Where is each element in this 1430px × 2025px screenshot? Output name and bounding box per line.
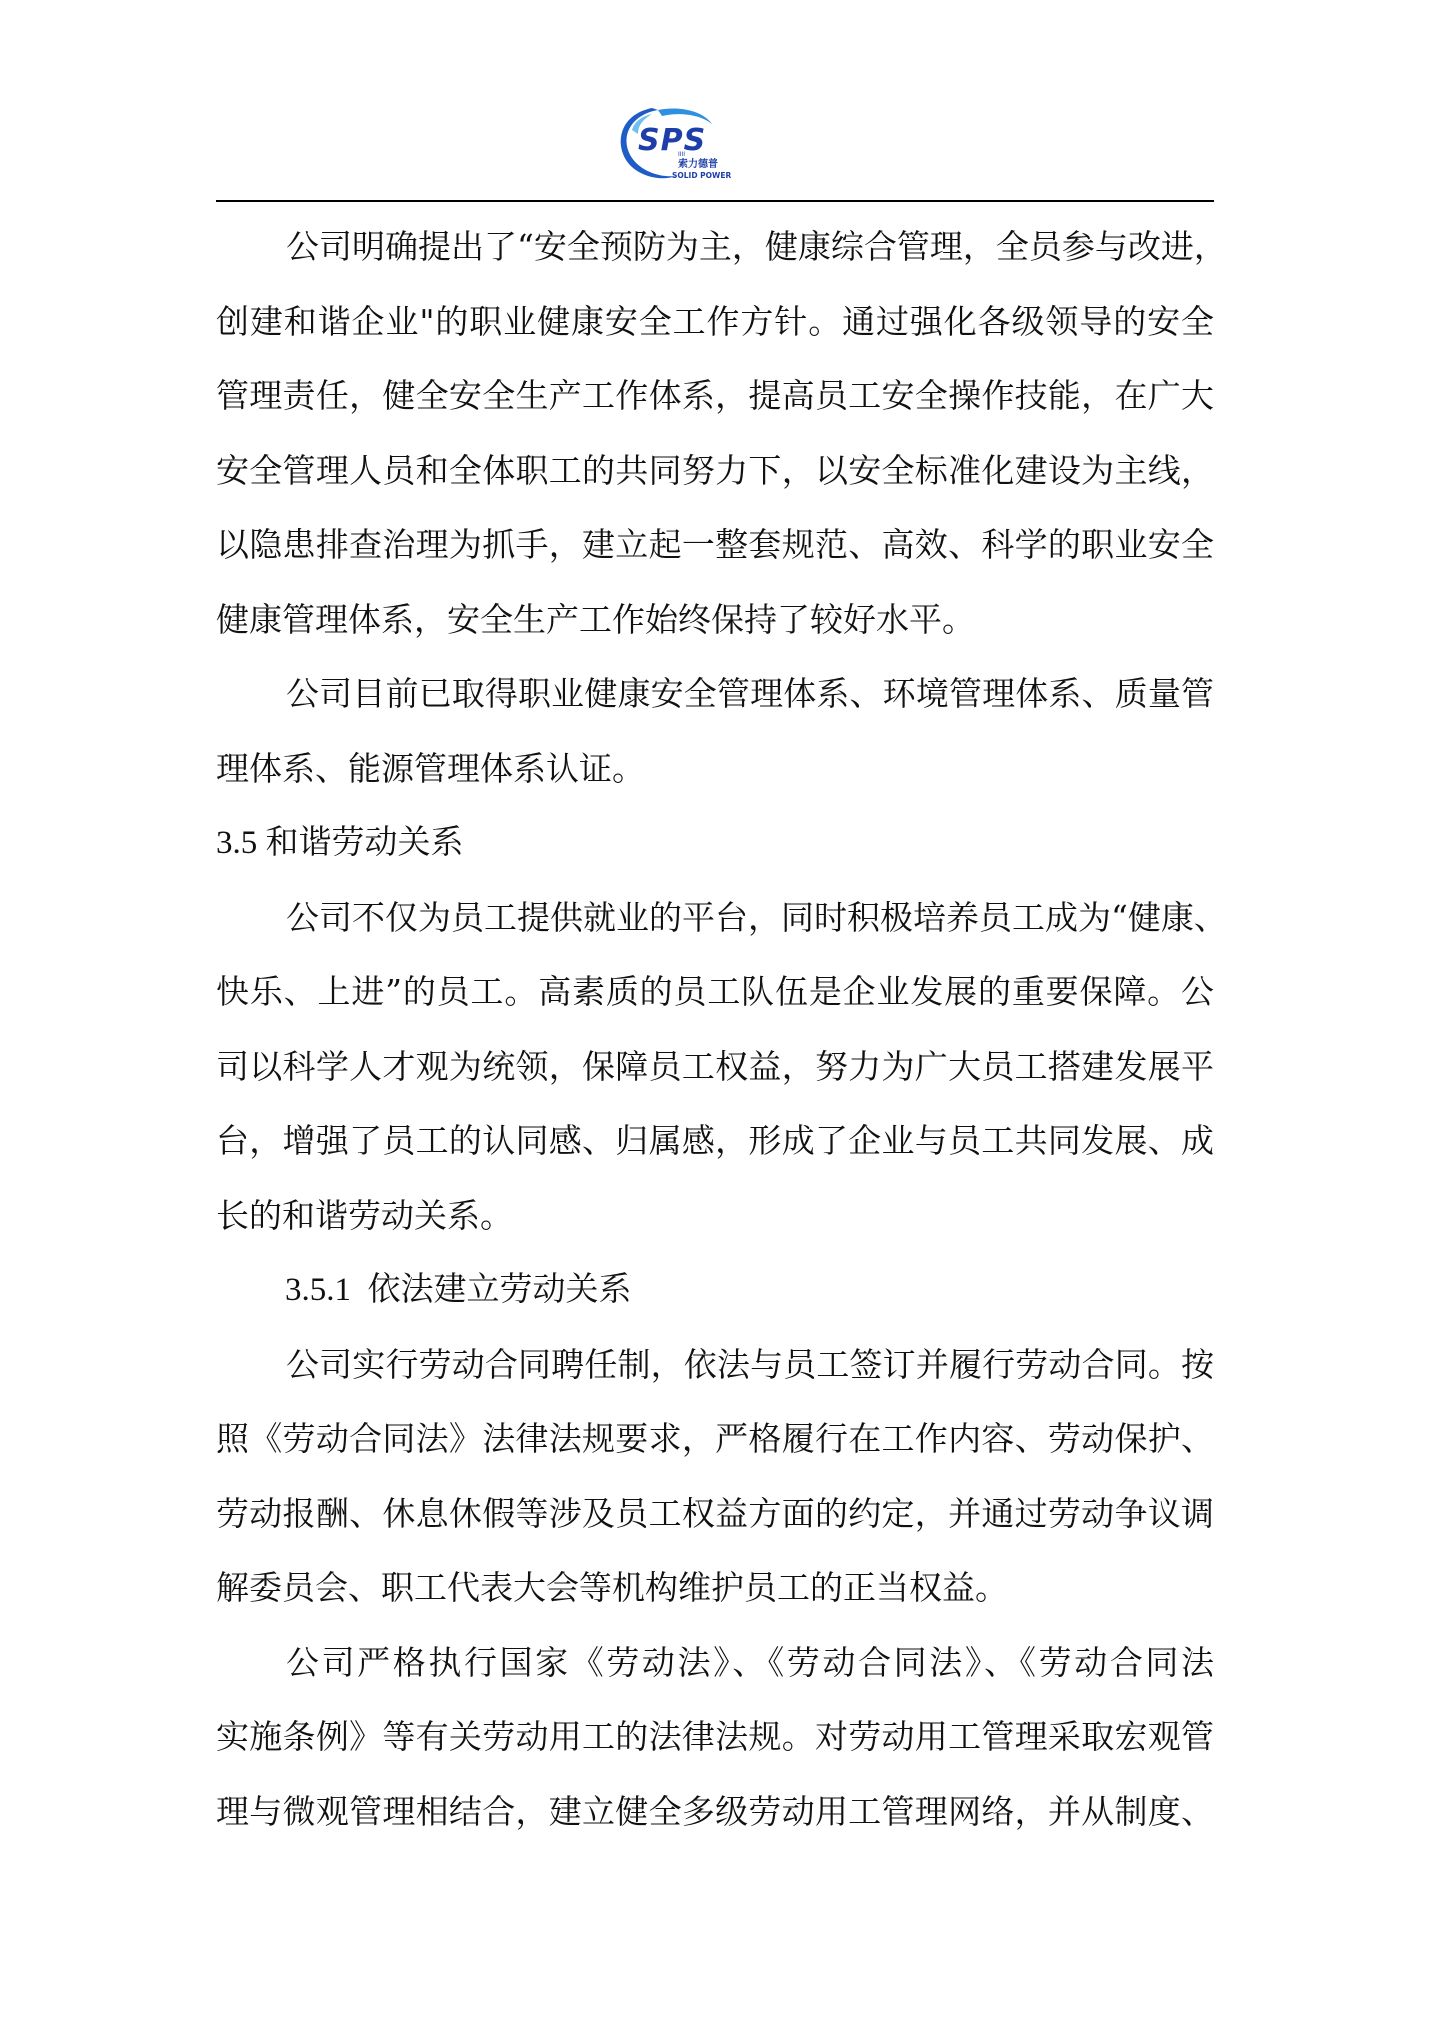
- text-line: 公司不仅为员工提供就业的平台，同时积极培养员工成为“健康、: [216, 897, 1214, 972]
- text-line: 实施条例》等有关劳动用工的法律法规。对劳动用工管理采取宏观管: [216, 1716, 1214, 1791]
- subsection-heading: 3.5.1 依法建立劳动关系: [216, 1269, 1214, 1344]
- svg-text:SOLID POWER: SOLID POWER: [672, 171, 731, 180]
- header-divider: [216, 200, 1214, 202]
- document-body: 公司明确提出了“安全预防为主，健康综合管理，全员参与改进， 创建和谐企业"的职业…: [216, 226, 1214, 1865]
- page-header: SPS IIII 索力德普 SOLID POWER: [0, 0, 1430, 204]
- text-line: 司以科学人才观为统领，保障员工权益，努力为广大员工搭建发展平: [216, 1046, 1214, 1121]
- company-logo: SPS IIII 索力德普 SOLID POWER: [612, 100, 752, 184]
- text-line: 安全管理人员和全体职工的共同努力下，以安全标准化建设为主线，: [216, 450, 1214, 525]
- text-line: 公司严格执行国家《劳动法》、《劳动合同法》、《劳动合同法: [216, 1642, 1214, 1717]
- text-line: 劳动报酬、休息休假等涉及员工权益方面的约定，并通过劳动争议调: [216, 1493, 1214, 1568]
- text-line: 理与微观管理相结合，建立健全多级劳动用工管理网络，并从制度、: [216, 1791, 1214, 1866]
- text-line: 解委员会、职工代表大会等机构维护员工的正当权益。: [216, 1567, 1214, 1642]
- text-line: 快乐、上进”的员工。高素质的员工队伍是企业发展的重要保障。公: [216, 971, 1214, 1046]
- text-line: 理体系、能源管理体系认证。: [216, 748, 1214, 823]
- svg-text:IIII: IIII: [678, 151, 685, 158]
- text-line: 管理责任，健全安全生产工作体系，提高员工安全操作技能，在广大: [216, 375, 1214, 450]
- text-line: 创建和谐企业"的职业健康安全工作方针。通过强化各级领导的安全: [216, 301, 1214, 376]
- text-line: 以隐患排查治理为抓手，建立起一整套规范、高效、科学的职业安全: [216, 524, 1214, 599]
- section-heading: 3.5 和谐劳动关系: [216, 822, 1214, 897]
- svg-text:索力德普: 索力德普: [678, 157, 718, 170]
- text-line: 公司实行劳动合同聘任制，依法与员工签订并履行劳动合同。按: [216, 1344, 1214, 1419]
- text-line: 健康管理体系，安全生产工作始终保持了较好水平。: [216, 599, 1214, 674]
- text-line: 公司明确提出了“安全预防为主，健康综合管理，全员参与改进，: [216, 226, 1214, 301]
- svg-text:SPS: SPS: [638, 123, 706, 158]
- text-line: 公司目前已取得职业健康安全管理体系、环境管理体系、质量管: [216, 673, 1214, 748]
- text-line: 台，增强了员工的认同感、归属感，形成了企业与员工共同发展、成: [216, 1120, 1214, 1195]
- text-line: 照《劳动合同法》法律法规要求，严格履行在工作内容、劳动保护、: [216, 1418, 1214, 1493]
- text-line: 长的和谐劳动关系。: [216, 1195, 1214, 1270]
